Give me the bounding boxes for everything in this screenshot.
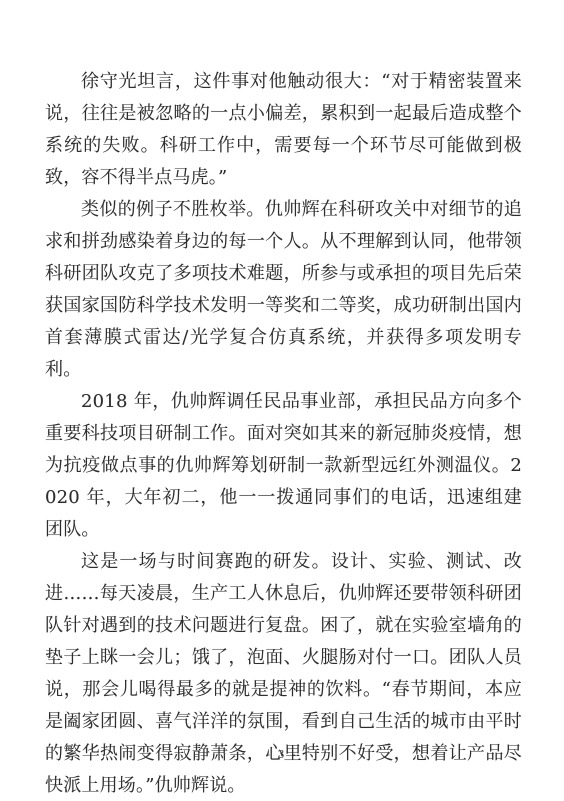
page-number: - 3 - <box>0 748 564 761</box>
document-body: 徐守光坦言，这件事对他触动很大：“对于精密装置来说，往往是被忽略的一点小偏差，累… <box>45 66 522 801</box>
paragraph-3: 2018 年，仇帅辉调任民品事业部，承担民品方向多个重要科技项目研制工作。面对突… <box>45 386 522 546</box>
paragraph-4: 这是一场与时间赛跑的研发。设计、实验、测试、改进……每天凌晨，生产工人休息后，仇… <box>45 546 522 801</box>
paragraph-2: 类似的例子不胜枚举。仇帅辉在科研攻关中对细节的追求和拼劲感染着身边的每一个人。从… <box>45 194 522 386</box>
paragraph-1: 徐守光坦言，这件事对他触动很大：“对于精密装置来说，往往是被忽略的一点小偏差，累… <box>45 66 522 194</box>
document-page: 徐守光坦言，这件事对他触动很大：“对于精密装置来说，往往是被忽略的一点小偏差，累… <box>0 0 564 801</box>
